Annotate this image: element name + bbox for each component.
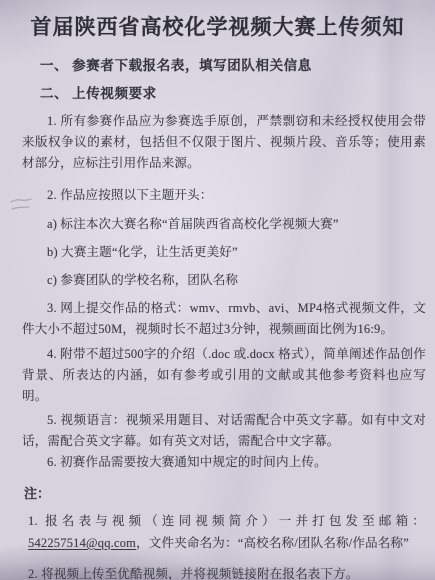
contact-email: 542257514@qq.com bbox=[28, 536, 136, 550]
rule-subtitles: 5. 视频语言：视频采用题目、对话需配合中英文字幕。如有中文对话，需配合英文字幕… bbox=[22, 410, 426, 452]
rule-intro-doc: 4. 附带不超过500字的介绍（.doc 或.docx 格式），简单阐述作品创作… bbox=[22, 344, 426, 407]
rule-opening-c: c) 参赛团队的学校名称，团队名称 bbox=[22, 270, 426, 291]
rule-opening-theme: 2. 作品应按照以下主题开头： bbox=[22, 185, 426, 206]
note-youku-upload: 2. 将视频上传至优酷视频，并将视频链接附在报名表下方。 bbox=[28, 564, 425, 580]
section-heading-two: 二、 上传视频要求 bbox=[40, 85, 421, 103]
note-email-text-before: 1. 报名表与视频（连同视频简介）一并打包发至邮箱： bbox=[28, 514, 425, 528]
notice-title: 首届陕西省高校化学视频大赛上传须知 bbox=[8, 0, 427, 41]
pencil-scribble-mark bbox=[9, 197, 33, 215]
rule-deadline: 6. 初赛作品需要按大赛通知中规定的时间内上传。 bbox=[22, 452, 426, 473]
rule-opening-b: b) 大赛主题“化学，让生活更美好” bbox=[22, 242, 426, 263]
note-email-text-after: ，文件夹命名为：“高校名称/团队名称/作品名称” bbox=[136, 536, 409, 550]
notes-label: 注： bbox=[24, 483, 426, 504]
section-heading-one: 一、 参赛者下载报名表，填写团队相关信息 bbox=[40, 57, 421, 75]
notice-paper: 首届陕西省高校化学视频大赛上传须知 一、 参赛者下载报名表，填写团队相关信息 二… bbox=[0, 0, 435, 580]
rule-opening-a: a) 标注本次大赛名称“首届陕西省高校化学视频大赛” bbox=[22, 214, 426, 235]
rule-originality: 1. 所有参赛作品应为参赛选手原创，严禁剽窃和未经授权使用会带来版权争议的素材，… bbox=[22, 111, 426, 174]
note-email-submission: 1. 报名表与视频（连同视频简介）一并打包发至邮箱：542257514@qq.c… bbox=[28, 511, 425, 554]
rule-file-format: 3. 网上提交作品的格式：wmv、rmvb、avi、MP4格式视频文件，文件大小… bbox=[22, 298, 426, 340]
